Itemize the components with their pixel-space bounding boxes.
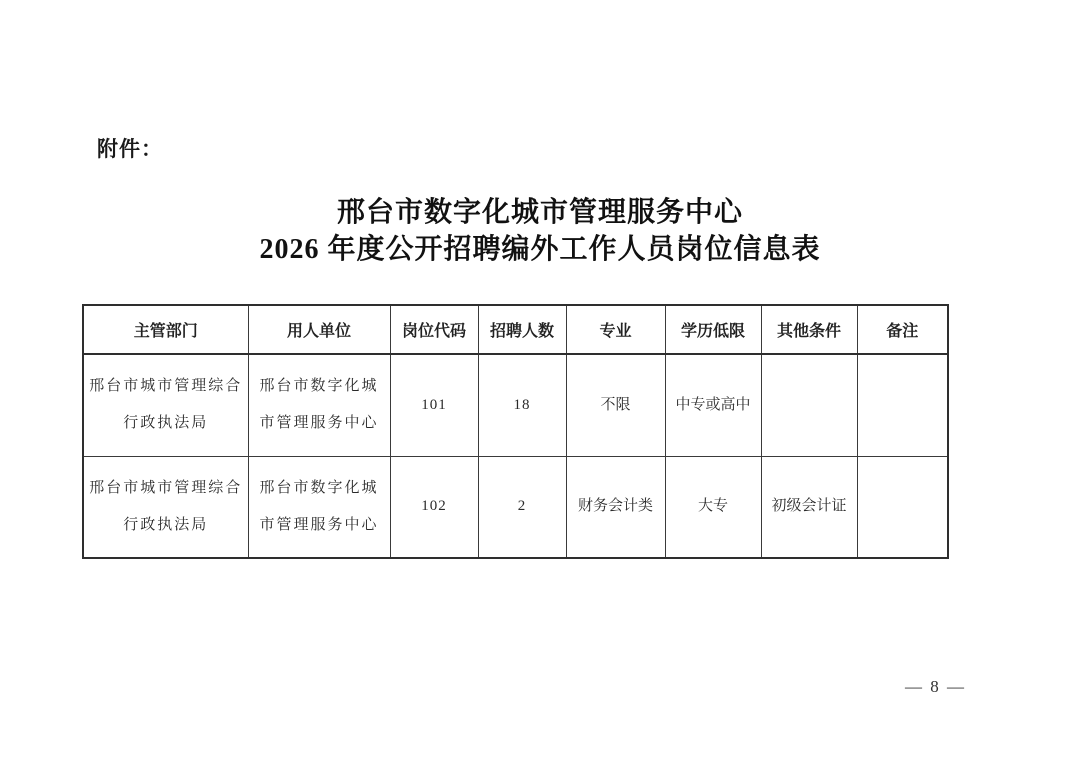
header-other-conditions: 其他条件 [761,305,857,354]
table-row-101: 邢台市城市管理综合行政执法局 邢台市数字化城市管理服务中心 101 18 不限 … [83,354,948,456]
cell-min-education: 中专或高中 [665,354,761,456]
table-row-102: 邢台市城市管理综合行政执法局 邢台市数字化城市管理服务中心 102 2 财务会计… [83,456,948,558]
cell-supervising-department: 邢台市城市管理综合行政执法局 [83,354,248,456]
header-recruit-count: 招聘人数 [478,305,566,354]
header-major: 专业 [566,305,665,354]
cell-major: 财务会计类 [566,456,665,558]
attachment-label: 附件： [97,133,163,163]
cell-min-education: 大专 [665,456,761,558]
cell-employing-unit: 邢台市数字化城市管理服务中心 [248,456,390,558]
header-position-code: 岗位代码 [390,305,478,354]
cell-remarks [857,456,948,558]
header-remarks: 备注 [857,305,948,354]
header-supervising-department: 主管部门 [83,305,248,354]
table-header-row: 主管部门 用人单位 岗位代码 招聘人数 专业 学历低限 其他条件 备注 [83,305,948,354]
cell-position-code: 101 [390,354,478,456]
cell-position-code: 102 [390,456,478,558]
position-info-table: 主管部门 用人单位 岗位代码 招聘人数 专业 学历低限 其他条件 备注 邢台市城… [82,304,949,559]
cell-recruit-count: 18 [478,354,566,456]
document-title-line2: 2026 年度公开招聘编外工作人员岗位信息表 [0,231,1080,268]
header-employing-unit: 用人单位 [248,305,390,354]
cell-other-conditions [761,354,857,456]
cell-employing-unit: 邢台市数字化城市管理服务中心 [248,354,390,456]
cell-remarks [857,354,948,456]
cell-other-conditions: 初级会计证 [761,456,857,558]
cell-major: 不限 [566,354,665,456]
cell-recruit-count: 2 [478,456,566,558]
document-page: 附件： 邢台市数字化城市管理服务中心 2026 年度公开招聘编外工作人员岗位信息… [0,0,1080,764]
document-title: 邢台市数字化城市管理服务中心 2026 年度公开招聘编外工作人员岗位信息表 [0,194,1080,268]
header-min-education: 学历低限 [665,305,761,354]
document-title-line1: 邢台市数字化城市管理服务中心 [0,194,1080,231]
cell-supervising-department: 邢台市城市管理综合行政执法局 [83,456,248,558]
page-number: — 8 — [905,677,966,697]
